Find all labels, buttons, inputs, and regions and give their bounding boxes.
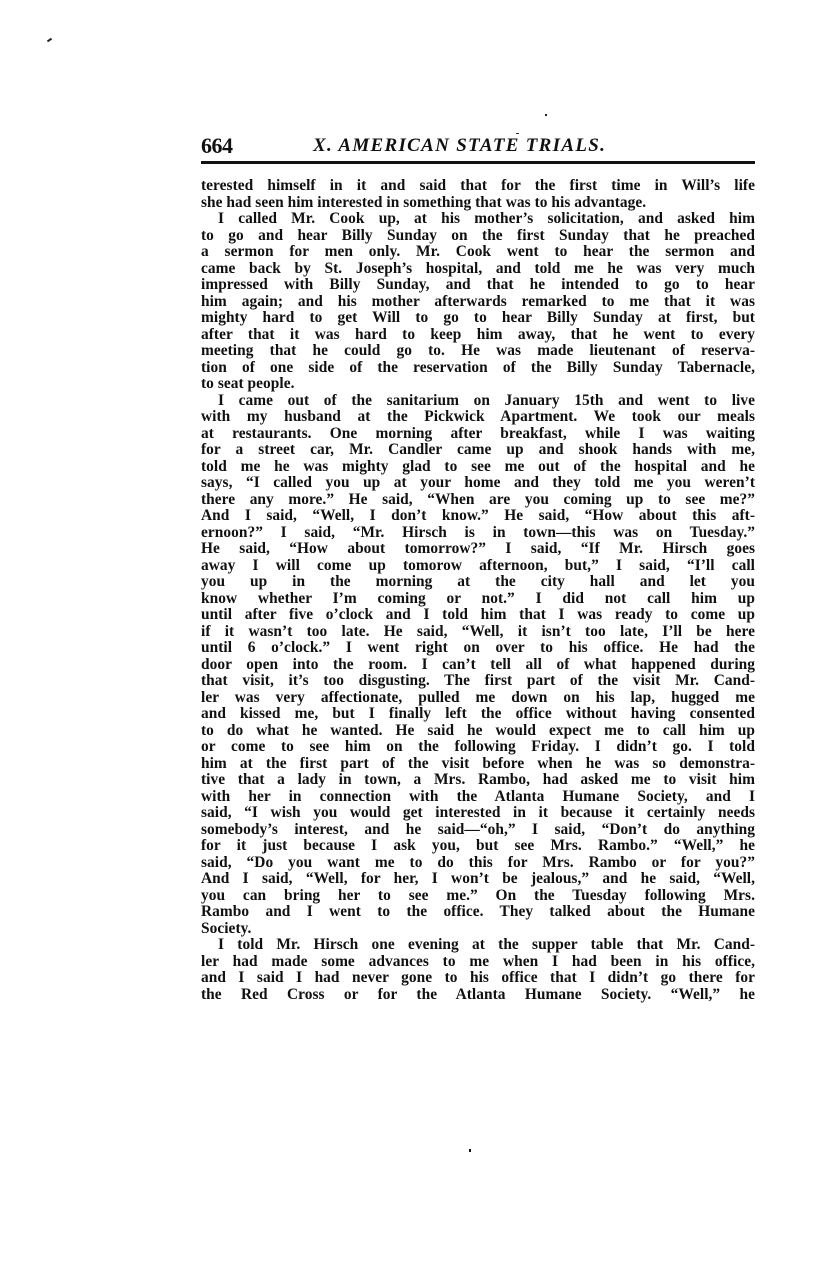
- body-text: terested himself in it and said that for…: [201, 178, 755, 1003]
- text-line: ler was very affectionate, pulled me dow…: [201, 690, 755, 707]
- text-line: or come to see him on the following Frid…: [201, 739, 755, 756]
- text-line: him again; and his mother afterwards rem…: [201, 294, 755, 311]
- text-line: I came out of the sanitarium on January …: [201, 393, 755, 410]
- stray-ink-mark: [545, 114, 547, 116]
- text-line: him at the first part of the visit befor…: [201, 756, 755, 773]
- text-line: tion of one side of the reservation of t…: [201, 360, 755, 377]
- text-line: away I will come up tomorow afternoon, b…: [201, 558, 755, 575]
- text-line: there any more.” He said, “When are you …: [201, 492, 755, 509]
- text-line: to do what he wanted. He said he would e…: [201, 723, 755, 740]
- text-line: and kissed me, but I finally left the of…: [201, 706, 755, 723]
- text-line: told me he was mighty glad to see me out…: [201, 459, 755, 476]
- text-line: said, “Do you want me to do this for Mrs…: [201, 855, 755, 872]
- stray-ink-mark: [47, 38, 52, 43]
- text-line: you can bring her to see me.” On the Tue…: [201, 888, 755, 905]
- text-line: ernoon?” I said, “Mr. Hirsch is in town—…: [201, 525, 755, 542]
- text-line: somebody’s interest, and he said—“oh,” I…: [201, 822, 755, 839]
- text-line: says, “I called you up at your home and …: [201, 475, 755, 492]
- running-title: X. AMERICAN STATE TRIALS.: [313, 132, 606, 160]
- text-line: ler had made some advances to me when I …: [201, 954, 755, 971]
- text-line: came back by St. Joseph’s hospital, and …: [201, 261, 755, 278]
- text-line: said, “I wish you would get interested i…: [201, 805, 755, 822]
- running-head: 664 X. AMERICAN STATE TRIALS.: [201, 132, 755, 160]
- text-line: she had seen him interested in something…: [201, 195, 755, 212]
- text-line: at restaurants. One morning after breakf…: [201, 426, 755, 443]
- text-line: I called Mr. Cook up, at his mother’s so…: [201, 211, 755, 228]
- text-line: after that it was hard to keep him away,…: [201, 327, 755, 344]
- text-line: with my husband at the Pickwick Apartmen…: [201, 409, 755, 426]
- text-line: door open into the room. I can’t tell al…: [201, 657, 755, 674]
- text-line: Rambo and I went to the office. They tal…: [201, 904, 755, 921]
- text-line: tive that a lady in town, a Mrs. Rambo, …: [201, 772, 755, 789]
- text-line: impressed with Billy Sunday, and that he…: [201, 277, 755, 294]
- text-line: mighty hard to get Will to go to hear Bi…: [201, 310, 755, 327]
- text-line: for it just because I ask you, but see M…: [201, 838, 755, 855]
- text-line: until 6 o’clock.” I went right on over t…: [201, 640, 755, 657]
- text-line: Society.: [201, 921, 755, 938]
- text-line: that visit, it’s too disgusting. The fir…: [201, 673, 755, 690]
- text-line: He said, “How about tomorrow?” I said, “…: [201, 541, 755, 558]
- book-page: 664 X. AMERICAN STATE TRIALS. terested h…: [0, 0, 836, 1284]
- text-line: And I said, “Well, I don’t know.” He sai…: [201, 508, 755, 525]
- text-line: to go and hear Billy Sunday on the first…: [201, 228, 755, 245]
- text-line: if it wasn’t too late. He said, “Well, i…: [201, 624, 755, 641]
- text-line: until after five o’clock and I told him …: [201, 607, 755, 624]
- text-line: and I said I had never gone to his offic…: [201, 970, 755, 987]
- text-line: to seat people.: [201, 376, 755, 393]
- text-line: the Red Cross or for the Atlanta Humane …: [201, 987, 755, 1004]
- header-rule: [201, 161, 755, 164]
- page-number: 664: [201, 132, 233, 160]
- stray-ink-mark: [469, 1149, 471, 1152]
- text-line: with her in connection with the Atlanta …: [201, 789, 755, 806]
- text-line: a sermon for men only. Mr. Cook went to …: [201, 244, 755, 261]
- text-line: know whether I’m coming or not.” I did n…: [201, 591, 755, 608]
- text-line: I told Mr. Hirsch one evening at the sup…: [201, 937, 755, 954]
- text-line: for a street car, Mr. Candler came up an…: [201, 442, 755, 459]
- text-line: terested himself in it and said that for…: [201, 178, 755, 195]
- text-line: you up in the morning at the city hall a…: [201, 574, 755, 591]
- text-line: meeting that he could go to. He was made…: [201, 343, 755, 360]
- text-line: And I said, “Well, for her, I won’t be j…: [201, 871, 755, 888]
